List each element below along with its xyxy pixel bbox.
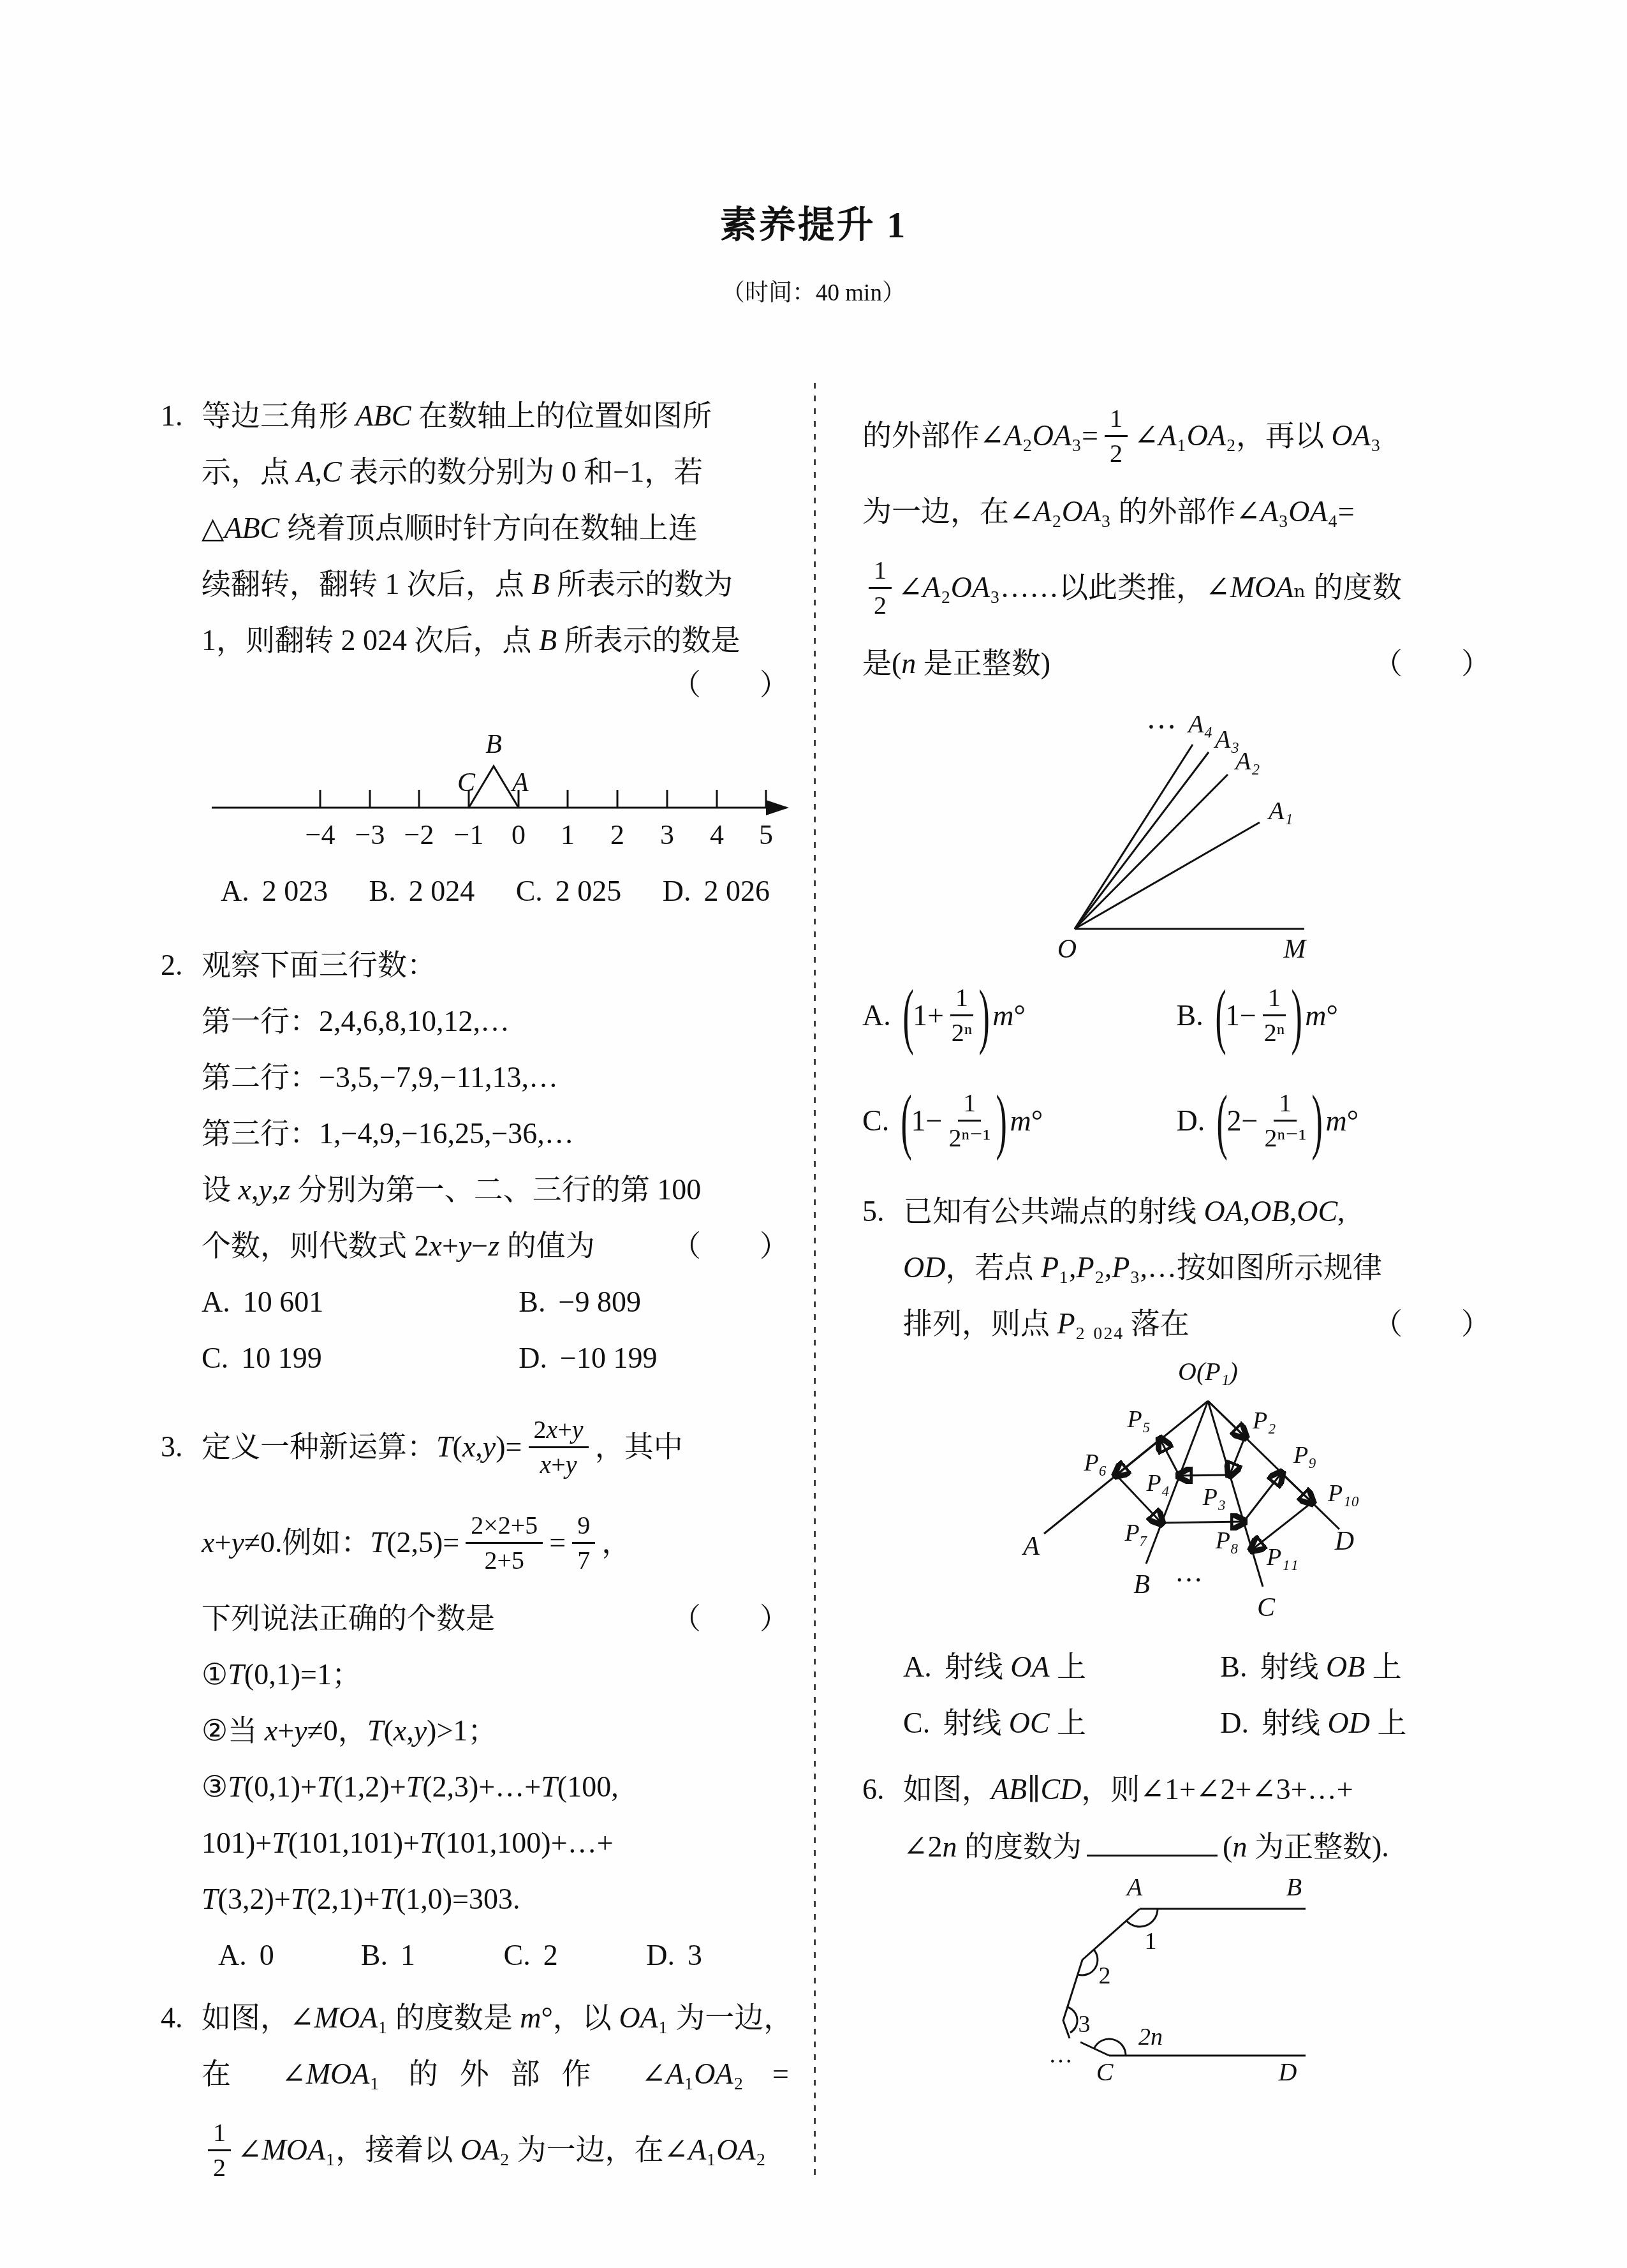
label-p8: P₈ <box>1214 1527 1238 1554</box>
question-4-line-frac: 12 ∠MOA₁，接着以 OA₂ 为一边，在∠A₁OA₂ <box>202 2102 789 2198</box>
label-a2: A₂ <box>1233 746 1260 775</box>
label-p11: P₁₁ <box>1266 1544 1299 1571</box>
label-d: D <box>1334 1527 1353 1556</box>
option-b: B.−9 809 <box>519 1274 789 1330</box>
question-2-options-row2: C.10 199 D.−10 199 <box>202 1330 789 1386</box>
tick-label: −2 <box>404 819 434 850</box>
label-p3: P₃ <box>1202 1484 1225 1511</box>
triangle-label-a: A <box>510 768 529 797</box>
path-p3-p4 <box>1179 1475 1230 1476</box>
fraction: 97 <box>572 1511 595 1575</box>
tick-label: 3 <box>660 819 674 850</box>
question-1-line: △ABC 绕着顶点顺时针方向在数轴上连 <box>202 500 789 556</box>
fraction: 12ⁿ⁻¹ <box>948 1088 990 1153</box>
fraction: 12 <box>1105 404 1128 468</box>
parallel-lines-figure: A B 1 2 3 … 2n C D <box>999 1874 1395 2084</box>
path-p9-p10 <box>1281 1473 1312 1502</box>
label-p7: P₇ <box>1124 1520 1147 1546</box>
question-1-line: 续翻转，翻转 1 次后，点 B 所表示的数为 <box>202 556 789 612</box>
question-6-line: 如图，AB∥CD，则∠1+∠2+∠3+…+ <box>903 1761 1491 1818</box>
path-p10-p11 <box>1252 1502 1312 1550</box>
fraction: 12ⁿ <box>1263 983 1286 1048</box>
label-b: B <box>1286 1874 1301 1901</box>
question-1-options: A.2 023 B.2 024 C.2 025 D.2 026 <box>202 863 789 919</box>
ray-oa3 <box>1075 752 1209 929</box>
answer-blank <box>1087 1818 1218 1857</box>
question-3-options: A.0 B.1 C.2 D.3 <box>202 1927 789 1983</box>
label-p2: P₂ <box>1252 1407 1276 1434</box>
tick-label: −1 <box>453 819 483 850</box>
fraction: 12 <box>869 556 892 620</box>
question-5: 5. 已知有公共端点的射线 OA,OB,OC, OD，若点 P₁,P₂,P₃,…… <box>862 1183 1491 1751</box>
label-a1: A₁ <box>1267 796 1293 825</box>
label-a: A <box>1124 1874 1142 1901</box>
question-1-line: 1，则翻转 2 024 次后，点 B 所表示的数是 <box>202 612 789 669</box>
question-4-options-row2: C. ( 1− 12ⁿ⁻¹ ) m° D. ( 2− 12ⁿ⁻¹ ) m° <box>862 1068 1491 1173</box>
tick-label: −4 <box>305 819 335 850</box>
label-p5: P₅ <box>1126 1406 1150 1433</box>
question-5-options-row2: C.射线 OC 上 D.射线 OD 上 <box>903 1695 1491 1751</box>
question-1-number: 1. <box>161 388 183 444</box>
angle-3-arc <box>1067 2007 1077 2033</box>
angle-2-label: 2 <box>1098 1962 1110 1989</box>
question-4-options-row1: A. ( 1+ 12ⁿ ) m° B. ( 1− 12ⁿ ) m° <box>862 963 1491 1068</box>
question-5-last-line: 排列，则点 P₂ ₀₂₄ 落在 （ ） <box>903 1296 1491 1352</box>
option-a: A.2 023 <box>221 863 328 919</box>
question-4-line: 如图，∠MOA₁ 的度数是 m°，以 OA₁ 为一边， <box>202 1990 789 2046</box>
page-subtitle: （时间：40 min） <box>0 273 1627 308</box>
question-6: 6. 如图，AB∥CD，则∠1+∠2+∠3+…+ ∠2n 的度数为(n 为正整数… <box>862 1761 1491 2084</box>
question-3-number: 3. <box>161 1399 183 1495</box>
spiral-rays-figure: O(P₁) P₅ P₂ P₆ P₄ P₃ P₉ P₁₀ P₇ P₈ P₁₁ A … <box>926 1352 1468 1639</box>
right-column: 的外部作∠A₂OA₃= 12 ∠A₁OA₂，再以 OA₃ 为一边，在∠A₂OA₃… <box>862 388 1491 2084</box>
question-5-options-row1: A.射线 OA 上 B.射线 OB 上 <box>903 1639 1491 1695</box>
triangle-abc <box>469 766 519 808</box>
question-3: 3. 定义一种新运算：T(x,y)= 2x+yx+y ，其中 x+y≠0.例如：… <box>161 1399 789 1983</box>
question-5-line: 已知有公共端点的射线 OA,OB,OC, <box>903 1183 1491 1240</box>
option-a: A.0 <box>218 1927 361 1983</box>
option-b: B.1 <box>361 1927 504 1983</box>
label-dots: … <box>1175 1557 1203 1588</box>
label-p4: P₄ <box>1145 1470 1169 1497</box>
label-d: D <box>1277 2057 1297 2084</box>
question-1: 1. 等边三角形 ABC 在数轴上的位置如图所 示，点 A,C 表示的数分别为 … <box>161 388 789 919</box>
question-4-line: 在 ∠MOA₁ 的外部作 ∠A₁OA₂ = <box>202 2046 789 2102</box>
question-4-cont-line: 的外部作∠A₂OA₃= 12 ∠A₁OA₂，再以 OA₃ <box>862 388 1491 484</box>
option-a: A.射线 OA 上 <box>903 1639 1220 1695</box>
path-p2-p3 <box>1230 1437 1245 1475</box>
question-4-cont-line: 12 ∠A₂OA₃……以此类推，∠MOAₙ 的度数 <box>862 540 1491 635</box>
label-o: O <box>1057 935 1076 963</box>
question-2-line: 第二行：−3,5,−7,9,−11,13,… <box>202 1049 789 1106</box>
ray-oa1 <box>1075 822 1260 929</box>
tick-label: 0 <box>512 819 526 850</box>
label-a: A <box>1021 1532 1040 1561</box>
question-2-line: 观察下面三行数： <box>202 937 789 993</box>
angle-3-label: 3 <box>1078 2011 1090 2038</box>
path-p7-p8 <box>1161 1522 1244 1523</box>
label-c: C <box>1256 1593 1275 1622</box>
column-divider <box>814 383 816 2175</box>
ray-oa2 <box>1075 775 1228 929</box>
answer-paren: （ ） <box>1373 1296 1491 1352</box>
answer-paren: （ ） <box>672 1218 789 1274</box>
label-m: M <box>1283 935 1307 963</box>
label-p6: P₆ <box>1083 1449 1107 1476</box>
question-3-example-line: x+y≠0.例如：T(2,5)= 2×2+52+5 = 97 ， <box>202 1495 789 1590</box>
tick-label: 1 <box>561 819 575 850</box>
label-o-p1: O(P₁) <box>1178 1357 1238 1386</box>
page-title: 素养提升 1 <box>0 195 1627 248</box>
option-c: C.2 <box>504 1927 647 1983</box>
question-3-item-3-cont: 101)+T(101,101)+T(101,100)+…+ <box>202 1815 789 1871</box>
path-p8-p9 <box>1244 1473 1281 1522</box>
option-d: D. ( 2− 12ⁿ⁻¹ ) m° <box>1177 1084 1491 1157</box>
triangle-label-b: B <box>485 730 502 759</box>
question-2-line: 设 x,y,z 分别为第一、二、三行的第 100 <box>202 1162 789 1218</box>
option-c: C.10 199 <box>202 1330 519 1386</box>
angle-2n-arc <box>1094 2039 1125 2056</box>
angle-2n-label: 2n <box>1138 2024 1163 2050</box>
option-c: C.射线 OC 上 <box>903 1695 1220 1751</box>
label-a4: A₄ <box>1186 709 1212 738</box>
option-d: D.−10 199 <box>519 1330 789 1386</box>
number-line-figure: B C A −4 −3 −2 −1 0 1 2 3 4 5 <box>202 713 789 863</box>
question-3-prompt-line: 下列说法正确的个数是 （ ） <box>202 1590 789 1647</box>
label-c: C <box>1096 2057 1114 2084</box>
option-a: A. ( 1+ 12ⁿ ) m° <box>862 979 1177 1052</box>
tick-label: 5 <box>759 819 773 850</box>
zigzag-into-c <box>1080 2042 1109 2056</box>
question-2-options-row1: A.10 601 B.−9 809 <box>202 1274 789 1330</box>
angle-rays-figure: … A₄ A₃ A₂ A₁ O M <box>922 692 1432 963</box>
worksheet-page: 素养提升 1 （时间：40 min） 1. 等边三角形 ABC 在数轴上的位置如… <box>0 0 1627 2268</box>
tick-label: −3 <box>355 819 385 850</box>
option-d: D.2 026 <box>663 863 770 919</box>
label-dots: … <box>1049 2042 1073 2068</box>
question-3-item-3: ③T(0,1)+T(1,2)+T(2,3)+…+T(100, <box>202 1759 789 1815</box>
option-b: B.射线 OB 上 <box>1220 1639 1491 1695</box>
option-c: C. ( 1− 12ⁿ⁻¹ ) m° <box>862 1084 1177 1157</box>
question-1-answer-paren: （ ） <box>202 669 789 713</box>
question-3-formula-line: 定义一种新运算：T(x,y)= 2x+yx+y ，其中 <box>202 1399 789 1495</box>
answer-paren: （ ） <box>1373 635 1491 692</box>
question-3-item-2: ②当 x+y≠0，T(x,y)>1； <box>202 1703 789 1759</box>
fraction: 12 <box>208 2118 231 2183</box>
tick-label: 4 <box>710 819 724 850</box>
axis-arrowhead <box>766 800 789 815</box>
question-3-item-3-end: T(3,2)+T(2,1)+T(1,0)=303. <box>202 1871 789 1927</box>
option-b: B.2 024 <box>369 863 475 919</box>
answer-paren: （ ） <box>672 1590 789 1647</box>
question-6-blank-line: ∠2n 的度数为(n 为正整数). <box>903 1818 1491 1874</box>
option-d: D.射线 OD 上 <box>1220 1695 1491 1751</box>
fraction: 2x+yx+y <box>529 1415 589 1479</box>
question-6-number: 6. <box>862 1761 885 1818</box>
left-column: 1. 等边三角形 ABC 在数轴上的位置如图所 示，点 A,C 表示的数分别为 … <box>161 388 789 2198</box>
question-3-item-1: ①T(0,1)=1； <box>202 1647 789 1703</box>
option-b: B. ( 1− 12ⁿ ) m° <box>1177 979 1491 1052</box>
question-4-number: 4. <box>161 1990 183 2046</box>
label-b: B <box>1133 1570 1150 1599</box>
fraction: 2×2+52+5 <box>466 1511 543 1575</box>
question-2-number: 2. <box>161 937 183 993</box>
label-p9: P₉ <box>1293 1442 1316 1469</box>
question-5-line: OD，若点 P₁,P₂,P₃,…按如图所示规律 <box>903 1240 1491 1296</box>
question-2: 2. 观察下面三行数： 第一行：2,4,6,8,10,12,… 第二行：−3,5… <box>161 937 789 1386</box>
option-c: C.2 025 <box>516 863 622 919</box>
fraction: 12ⁿ <box>950 983 973 1048</box>
tick-label: 2 <box>610 819 624 850</box>
option-d: D.3 <box>646 1927 789 1983</box>
question-2-line: 第一行：2,4,6,8,10,12,… <box>202 993 789 1049</box>
fraction: 12ⁿ⁻¹ <box>1264 1088 1306 1153</box>
question-4-continuation: 的外部作∠A₂OA₃= 12 ∠A₁OA₂，再以 OA₃ 为一边，在∠A₂OA₃… <box>862 388 1491 1173</box>
question-1-line: 示，点 A,C 表示的数分别为 0 和−1，若 <box>202 444 789 500</box>
question-4-cont-last-line: 是(n 是正整数) （ ） <box>862 635 1491 692</box>
angle-1-label: 1 <box>1144 1928 1156 1955</box>
label-p10: P₁₀ <box>1327 1480 1360 1507</box>
question-5-number: 5. <box>862 1183 885 1240</box>
triangle-label-c: C <box>457 768 475 797</box>
question-1-line: 等边三角形 ABC 在数轴上的位置如图所 <box>202 388 789 444</box>
question-2-line: 第三行：1,−4,9,−16,25,−36,… <box>202 1106 789 1162</box>
question-2-last-line: 个数，则代数式 2x+y−z 的值为 （ ） <box>202 1218 789 1274</box>
question-4-cont-line: 为一边，在∠A₂OA₃ 的外部作∠A₃OA₄= <box>862 484 1491 540</box>
label-dots: … <box>1146 702 1177 736</box>
ray-oa4 <box>1075 745 1193 929</box>
question-4: 4. 如图，∠MOA₁ 的度数是 m°，以 OA₁ 为一边， 在 ∠MOA₁ 的… <box>161 1990 789 2198</box>
option-a: A.10 601 <box>202 1274 519 1330</box>
